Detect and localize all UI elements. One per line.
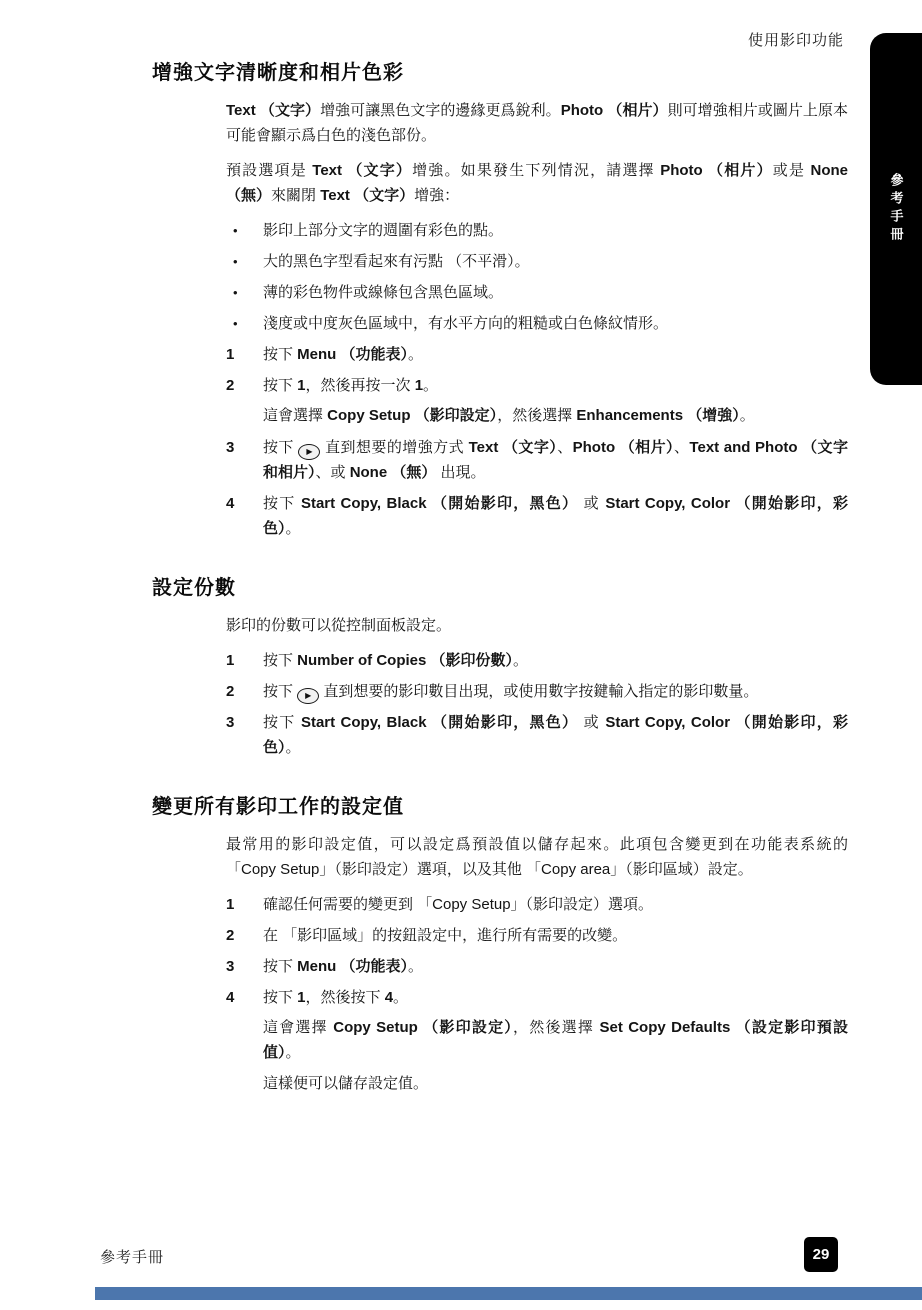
section-heading: 變更所有影印工作的設定值 — [152, 790, 848, 819]
step-number: 1 — [226, 342, 263, 367]
step-number: 1 — [226, 648, 263, 673]
step-item: 1確認任何需要的變更到 「Copy Setup」（影印設定）選項。 — [226, 892, 848, 917]
step-item: 2在 「影印區域」的按鈕設定中，進行所有需要的改變。 — [226, 923, 848, 948]
step-text: 按下 Menu （功能表）。 — [263, 342, 848, 367]
step-detail: 這會選擇 Copy Setup （影印設定），然後選擇 Set Copy Def… — [263, 1015, 848, 1065]
step-item: 2按下 1，然後再按一次 1。 — [226, 373, 848, 398]
step-text: 按下 Menu （功能表）。 — [263, 954, 848, 979]
step-text: 確認任何需要的變更到 「Copy Setup」（影印設定）選項。 — [263, 892, 848, 917]
bullet-item: •影印上部分文字的週圍有彩色的點。 — [226, 218, 848, 243]
step-number: 3 — [226, 435, 263, 485]
step-item: 4按下 Start Copy, Black （開始影印，黑色） 或 Start … — [226, 491, 848, 541]
step-text: 按下 Start Copy, Black （開始影印，黑色） 或 Start C… — [263, 491, 848, 541]
step-text: 按下 1，然後按下 4。 — [263, 985, 848, 1010]
footer-manual-label: 參考手冊 — [100, 1246, 164, 1267]
step-detail: 這樣便可以儲存設定值。 — [263, 1071, 848, 1096]
section-blocks: Text （文字）增強可讓黑色文字的邊緣更爲銳利。Photo （相片）則可增強相… — [152, 98, 848, 541]
bullet-item: •薄的彩色物件或線條包含黑色區域。 — [226, 280, 848, 305]
bullet-icon: • — [226, 311, 263, 336]
bullet-item: •淺度或中度灰色區域中，有水平方向的粗糙或白色條紋情形。 — [226, 311, 848, 336]
paragraph: Text （文字）增強可讓黑色文字的邊緣更爲銳利。Photo （相片）則可增強相… — [226, 98, 848, 148]
section-heading: 設定份數 — [152, 571, 848, 600]
step-text: 按下 1，然後再按一次 1。 — [263, 373, 848, 398]
manual-page: 使用影印功能 參考手冊 增強文字清晰度和相片色彩Text （文字）增強可讓黑色文… — [0, 0, 922, 1310]
doc-section: 增強文字清晰度和相片色彩Text （文字）增強可讓黑色文字的邊緣更爲銳利。Pho… — [152, 56, 848, 541]
bullet-text: 影印上部分文字的週圍有彩色的點。 — [263, 218, 848, 243]
step-item: 2按下 ▶ 直到想要的影印數目出現，或使用數字按鍵輸入指定的影印數量。 — [226, 679, 848, 704]
side-tab-label: 參考手冊 — [887, 173, 906, 245]
step-number: 4 — [226, 491, 263, 541]
section-blocks: 最常用的影印設定值，可以設定爲預設值以儲存起來。此項包含變更到在功能表系統的 「… — [152, 832, 848, 1096]
step-item: 3按下 Menu （功能表）。 — [226, 954, 848, 979]
step-number: 1 — [226, 892, 263, 917]
step-number: 3 — [226, 954, 263, 979]
side-tab: 參考手冊 — [870, 33, 922, 385]
step-number: 4 — [226, 985, 263, 1010]
bullet-text: 薄的彩色物件或線條包含黑色區域。 — [263, 280, 848, 305]
bullet-text: 淺度或中度灰色區域中，有水平方向的粗糙或白色條紋情形。 — [263, 311, 848, 336]
step-item: 1按下 Menu （功能表）。 — [226, 342, 848, 367]
page-number-badge: 29 — [804, 1237, 838, 1272]
step-detail: 這會選擇 Copy Setup （影印設定），然後選擇 Enhancements… — [263, 403, 848, 428]
paragraph: 最常用的影印設定值，可以設定爲預設值以儲存起來。此項包含變更到在功能表系統的 「… — [226, 832, 848, 882]
step-number: 2 — [226, 679, 263, 704]
bullet-icon: • — [226, 249, 263, 274]
step-number: 2 — [226, 923, 263, 948]
paragraph: 預設選項是 Text （文字）增強。如果發生下列情況，請選擇 Photo （相片… — [226, 158, 848, 208]
doc-section: 變更所有影印工作的設定值最常用的影印設定值，可以設定爲預設值以儲存起來。此項包含… — [152, 790, 848, 1096]
step-text: 按下 Start Copy, Black （開始影印，黑色） 或 Start C… — [263, 710, 848, 760]
step-text: 按下 ▶ 直到想要的影印數目出現，或使用數字按鍵輸入指定的影印數量。 — [263, 679, 848, 704]
step-text: 按下 ▶ 直到想要的增強方式 Text （文字）、Photo （相片）、Text… — [263, 435, 848, 485]
page-header-title: 使用影印功能 — [748, 29, 844, 50]
step-item: 3按下 ▶ 直到想要的增強方式 Text （文字）、Photo （相片）、Tex… — [226, 435, 848, 485]
step-text: 按下 Number of Copies （影印份數）。 — [263, 648, 848, 673]
bullet-icon: • — [226, 280, 263, 305]
paragraph: 影印的份數可以從控制面板設定。 — [226, 613, 848, 638]
bullet-item: •大的黑色字型看起來有污點 （不平滑）。 — [226, 249, 848, 274]
step-number: 2 — [226, 373, 263, 398]
bullet-text: 大的黑色字型看起來有污點 （不平滑）。 — [263, 249, 848, 274]
step-text: 在 「影印區域」的按鈕設定中，進行所有需要的改變。 — [263, 923, 848, 948]
step-item: 4按下 1，然後按下 4。 — [226, 985, 848, 1010]
right-arrow-button-icon: ▶ — [298, 444, 320, 460]
page-body: 增強文字清晰度和相片色彩Text （文字）增強可讓黑色文字的邊緣更爲銳利。Pho… — [152, 56, 848, 1126]
step-number: 3 — [226, 710, 263, 760]
step-item: 1按下 Number of Copies （影印份數）。 — [226, 648, 848, 673]
doc-section: 設定份數影印的份數可以從控制面板設定。1按下 Number of Copies … — [152, 571, 848, 760]
right-arrow-button-icon: ▶ — [297, 688, 319, 704]
section-heading: 增強文字清晰度和相片色彩 — [152, 56, 848, 85]
step-item: 3按下 Start Copy, Black （開始影印，黑色） 或 Start … — [226, 710, 848, 760]
bottom-accent-bar — [95, 1287, 922, 1300]
bullet-icon: • — [226, 218, 263, 243]
section-blocks: 影印的份數可以從控制面板設定。1按下 Number of Copies （影印份… — [152, 613, 848, 760]
